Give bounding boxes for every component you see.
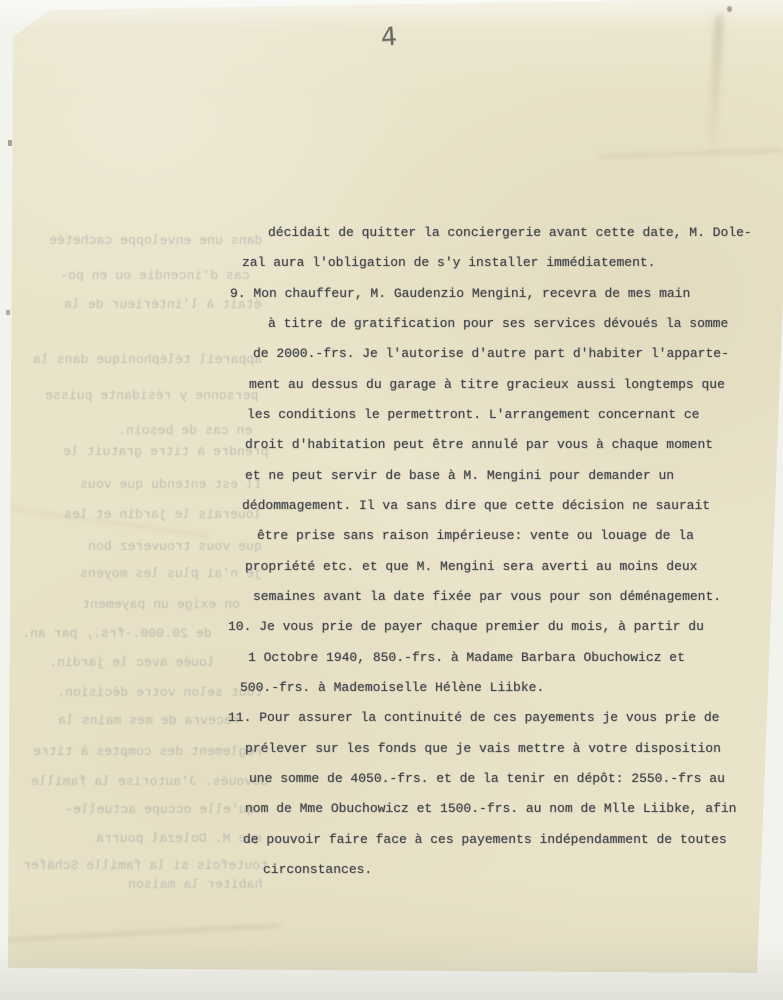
handwritten-page-number: 4 (380, 21, 398, 51)
ghost-line: personne y résidante puisse (45, 388, 258, 403)
typed-line: circonstances. (263, 862, 372, 877)
typed-line: de pouvoir faire face à ces payements in… (243, 832, 727, 847)
typed-line: les conditions le permettront. L'arrange… (247, 407, 699, 422)
ghost-line: appareil téléphonique dans la (33, 352, 262, 367)
paper-sheet: dans une enveloppe cachetéecas d'incendi… (0, 0, 783, 1000)
ghost-line: que M. Dolezal pourra (96, 831, 262, 846)
ghost-line: en cas de besoin. (118, 423, 252, 438)
ghost-line: habiter la maison (128, 877, 262, 892)
typed-line: 9. Mon chauffeur, M. Gaudenzio Mengini, … (230, 286, 690, 301)
ghost-line: que vous trouverez bon (88, 539, 262, 554)
typed-line: 1 Octobre 1940, 850.-frs. à Madame Barba… (248, 650, 685, 665)
paper-edge-nick (8, 140, 12, 146)
ghost-line: je n'ai plus les moyens (80, 566, 262, 581)
paper-speck (727, 6, 732, 12)
ghost-line: toutefois si la famille Schäfer (23, 858, 268, 873)
ghost-line: règlement des comptes à titre (33, 744, 262, 759)
paper-crease (0, 924, 280, 943)
ghost-line: de 20.000.-frs., par an. (22, 626, 212, 641)
ghost-line: dans une enveloppe cachetée (49, 233, 262, 248)
typed-line: dédommagement. Il va sans dire que cette… (242, 498, 710, 513)
typed-line: décidait de quitter la conciergerie avan… (268, 225, 752, 240)
typed-line: zal aura l'obligation de s'y installer i… (242, 255, 655, 270)
typed-line: 10. Je vous prie de payer chaque premier… (228, 619, 704, 634)
ghost-line: qu'elle occupe actuelle- (65, 802, 255, 817)
ghost-line: louée avec le jardin. (49, 655, 215, 670)
ghost-line: on exige un payement (82, 597, 240, 612)
ghost-line: cas d'incendie ou en po- (60, 268, 250, 283)
ghost-line: tout selon votre décision. (57, 685, 262, 700)
paper-crease (600, 149, 783, 158)
typed-line: prélever sur les fonds que je vais mettr… (245, 741, 721, 756)
ghost-line: dévoués. J'autorise la famille (31, 774, 268, 789)
typed-line: une somme de 4050.-frs. et de la tenir e… (249, 771, 725, 786)
typed-line: et ne peut servir de base à M. Mengini p… (245, 468, 674, 483)
typed-line: 11. Pour assurer la continuité de ces pa… (228, 710, 719, 725)
scan-background: dans une enveloppe cachetéecas d'incendi… (0, 0, 783, 1000)
typed-line: à titre de gratification pour ses servic… (268, 316, 728, 331)
typed-line: de 2000.-frs. Je l'autorise d'autre part… (253, 346, 729, 361)
ghost-line: recevra de mes mains la (58, 713, 240, 728)
typed-line: semaines avant la date fixée par vous po… (253, 589, 721, 604)
typed-line: ment au dessus du garage à titre gracieu… (249, 377, 725, 392)
typed-line: être prise sans raison impérieuse: vente… (257, 528, 694, 543)
ghost-line: prendre à titre gratuit le (63, 444, 268, 459)
paper-edge-nick (6, 310, 10, 315)
ghost-line: louerais le jardin et les (64, 507, 262, 522)
ghost-line: Il est entendu que vous (80, 477, 262, 492)
typed-line: droit d'habitation peut être annulé par … (245, 437, 713, 452)
typed-line: propriété etc. et que M. Mengini sera av… (245, 559, 697, 574)
typed-line: 500.-frs. à Mademoiselle Hélène Liibke. (240, 680, 544, 695)
paper-crease (707, 14, 724, 164)
typed-line: nom de Mme Obuchowicz et 1500.-frs. au n… (245, 801, 736, 816)
